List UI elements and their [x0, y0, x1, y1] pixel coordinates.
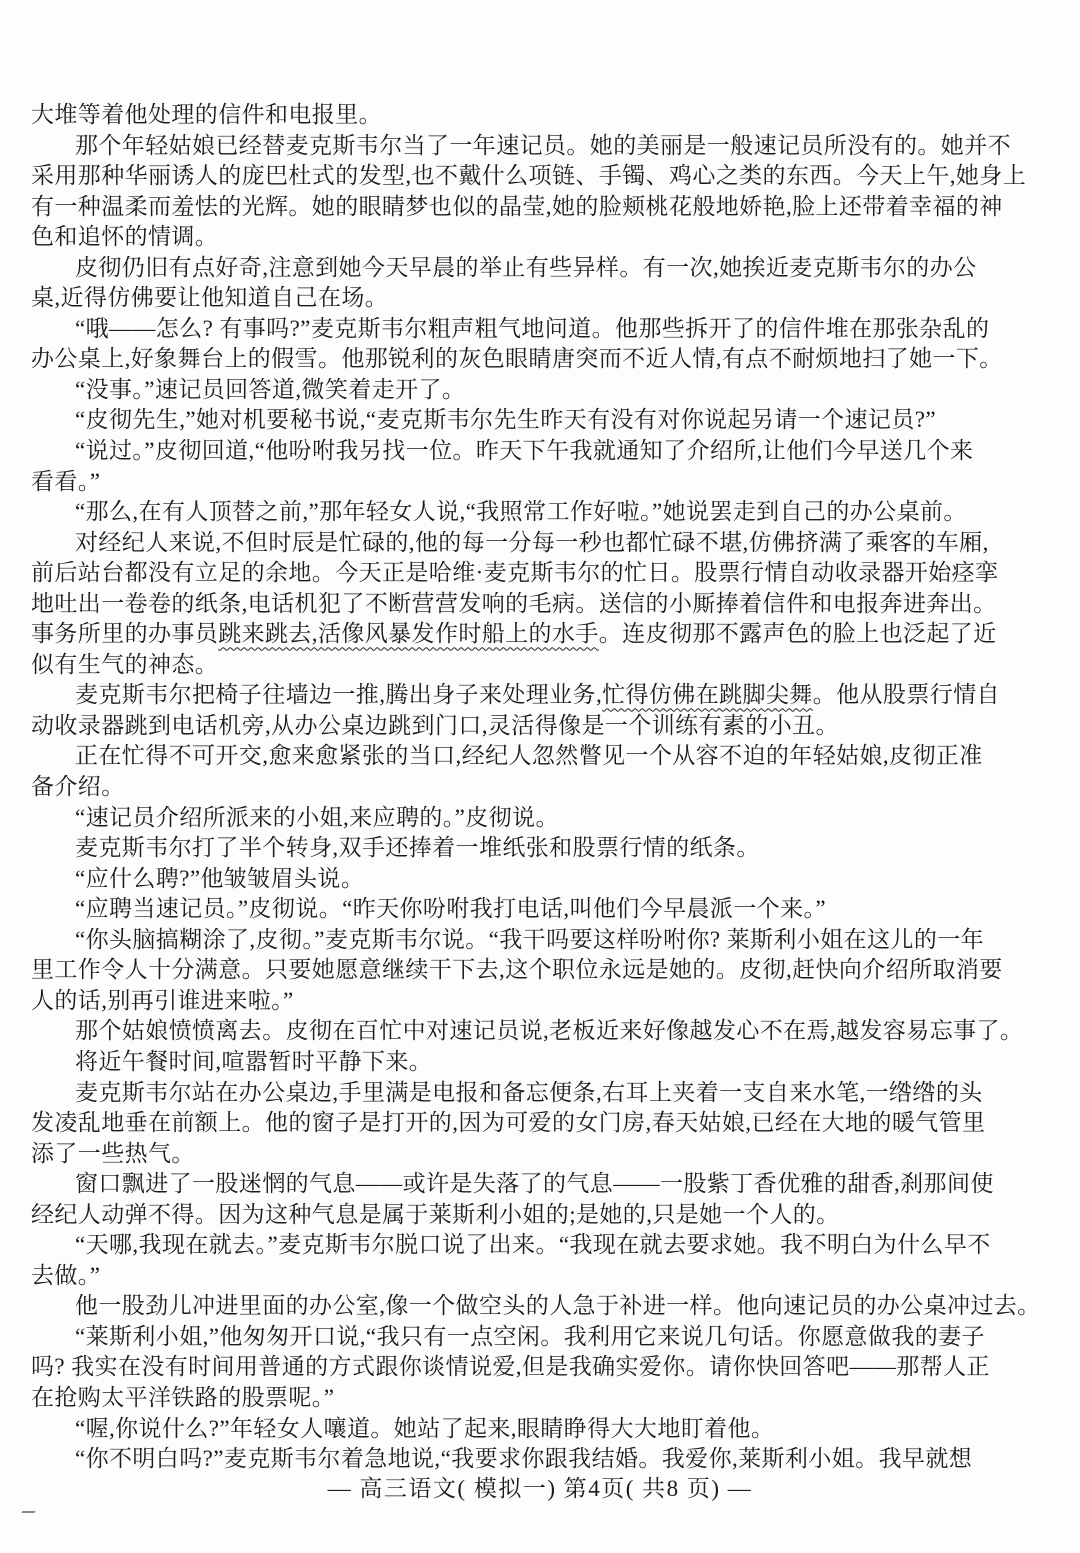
document-line: “喔,你说什么?”年轻女人嚷道。她站了起来,眼睛睁得大大地盯着他。: [31, 1414, 1051, 1445]
text-segment: 地吐出一卷卷的纸条,电话机犯了不断营营发响的毛病。送信的小厮捧着信件和电报奔进奔…: [31, 591, 997, 616]
document-line: 采用那种华丽诱人的庞巴杜式的发型,也不戴什么项链、手镯、鸡心之类的东西。今天上午…: [31, 161, 1051, 192]
document-line: 正在忙得不可开交,愈来愈紧张的当口,经纪人忽然瞥见一个从容不迫的年轻姑娘,皮彻正…: [31, 741, 1051, 772]
document-line: 办公桌上,好象舞台上的假雪。他那锐利的灰色眼睛唐突而不近人情,有点不耐烦地扫了她…: [31, 344, 1051, 375]
document-line: 事务所里的办事员跳来跳去,活像风暴发作时船上的水手。连皮彻那不露声色的脸上也泛起…: [31, 619, 1051, 650]
text-segment: “莱斯利小姐,”他匆匆开口说,“我只有一点空闲。我利用它来说几句话。你愿意做我的…: [75, 1324, 985, 1349]
text-segment: “说过。”皮彻回道,“他吩咐我另找一位。昨天下午我就通知了介绍所,让他们今早送几…: [75, 438, 973, 463]
text-segment: 对经纪人来说,不但时辰是忙碌的,他的每一分每一秒也都忙碌不堪,仿佛挤满了乘客的车…: [75, 530, 989, 555]
document-line: 他一股劲儿冲进里面的办公室,像一个做空头的人急于补进一样。他向速记员的办公桌冲过…: [31, 1291, 1051, 1322]
document-line: “你头脑搞糊涂了,皮彻。”麦克斯韦尔说。“我干吗要这样吩咐你? 莱斯利小姐在这儿…: [31, 925, 1051, 956]
text-segment: “没事。”速记员回答道,微笑着走开了。: [75, 377, 465, 402]
text-segment: 看看。”: [31, 469, 100, 494]
footer-text: — 高三语文( 模拟一) 第4页( 共8 页) —: [328, 1476, 753, 1501]
text-segment: “天哪,我现在就去。”麦克斯韦尔脱口说了出来。“我现在就去要求她。我不明白为什么…: [75, 1232, 991, 1257]
document-line: “皮彻先生,”她对机要秘书说,“麦克斯韦尔先生昨天有没有对你说起另请一个速记员?…: [31, 405, 1051, 436]
text-segment: “哦——怎么? 有事吗?”麦克斯韦尔粗声粗气地问道。他那些拆开了的信件堆在那张杂…: [75, 316, 989, 341]
text-segment: 在抢购太平洋铁路的股票呢。”: [31, 1385, 334, 1410]
text-segment: 他一股劲儿冲进里面的办公室,像一个做空头的人急于补进一样。他向速记员的办公桌冲过…: [75, 1293, 1041, 1318]
text-segment: “那么,在有人顶替之前,”那年轻女人说,“我照常工作好啦。”她说罢走到自己的办公…: [75, 499, 967, 524]
text-segment: “你不明白吗?”麦克斯韦尔着急地说,“我要求你跟我结婚。我爱你,莱斯利小姐。我早…: [75, 1446, 972, 1471]
document-line: “应什么聘?”他皱皱眉头说。: [31, 864, 1051, 895]
document-line: “速记员介绍所派来的小姐,来应聘的。”皮彻说。: [31, 803, 1051, 834]
text-segment: 那个年轻姑娘已经替麦克斯韦尔当了一年速记员。她的美丽是一般速记员所没有的。她并不: [75, 133, 1011, 158]
document-line: 麦克斯韦尔把椅子往墙边一推,腾出身子来处理业务,忙得仿佛在跳脚尖舞。他从股票行情…: [31, 680, 1051, 711]
document-line: “说过。”皮彻回道,“他吩咐我另找一位。昨天下午我就通知了介绍所,让他们今早送几…: [31, 436, 1051, 467]
text-segment: 备介绍。: [31, 774, 125, 799]
document-line: “哦——怎么? 有事吗?”麦克斯韦尔粗声粗气地问道。他那些拆开了的信件堆在那张杂…: [31, 314, 1051, 345]
text-segment: 正在忙得不可开交,愈来愈紧张的当口,经纪人忽然瞥见一个从容不迫的年轻姑娘,皮彻正…: [75, 743, 983, 768]
text-segment: 皮彻仍旧有点好奇,注意到她今天早晨的举止有些异样。有一次,她挨近麦克斯韦尔的办公: [75, 255, 977, 280]
text-segment: 发凌乱地垂在前额上。他的窗子是打开的,因为可爱的女门房,春天姑娘,已经在大地的暖…: [31, 1110, 985, 1135]
text-segment: 。连皮彻那不露声色的脸上也泛起了近: [599, 621, 997, 646]
document-line: 将近午餐时间,喧嚣暂时平静下来。: [31, 1047, 1051, 1078]
document-line: 似有生气的神态。: [31, 650, 1051, 681]
text-segment: 吗? 我实在没有时间用普通的方式跟你谈情说爱,但是我确实爱你。请你快回答吧——那…: [31, 1354, 990, 1379]
text-segment: 去做。”: [31, 1263, 100, 1288]
document-line: 对经纪人来说,不但时辰是忙碌的,他的每一分每一秒也都忙碌不堪,仿佛挤满了乘客的车…: [31, 528, 1051, 559]
text-segment: 事务所里的办事员: [31, 621, 218, 646]
text-segment: “应什么聘?”他皱皱眉头说。: [75, 866, 364, 891]
document-line: “天哪,我现在就去。”麦克斯韦尔脱口说了出来。“我现在就去要求她。我不明白为什么…: [31, 1230, 1051, 1261]
document-line: 备介绍。: [31, 772, 1051, 803]
document-line: 动收录器跳到电话机旁,从办公桌边跳到门口,灵活得像是一个训练有素的小丑。: [31, 711, 1051, 742]
text-segment: “皮彻先生,”她对机要秘书说,“麦克斯韦尔先生昨天有没有对你说起另请一个速记员?…: [75, 407, 936, 432]
document-line: 色和追怀的情调。: [31, 222, 1051, 253]
document-line: 里工作令人十分满意。只要她愿意继续干下去,这个职位永远是她的。皮彻,赶快向介绍所…: [31, 955, 1051, 986]
text-segment: 那个姑娘愤愤离去。皮彻在百忙中对速记员说,老板近来好像越发心不在焉,越发容易忘事…: [75, 1018, 1023, 1043]
document-line: 人的话,别再引谁进来啦。”: [31, 986, 1051, 1017]
document-line: 麦克斯韦尔打了半个转身,双手还捧着一堆纸张和股票行情的纸条。: [31, 833, 1051, 864]
document-line: “应聘当速记员。”皮彻说。“昨天你吩咐我打电话,叫他们今早晨派一个来。”: [31, 894, 1051, 925]
text-segment: 动收录器跳到电话机旁,从办公桌边跳到门口,灵活得像是一个训练有素的小丑。: [31, 713, 839, 738]
text-segment: 大堆等着他处理的信件和电报里。: [31, 102, 382, 127]
document-line: 那个姑娘愤愤离去。皮彻在百忙中对速记员说,老板近来好像越发心不在焉,越发容易忘事…: [31, 1016, 1051, 1047]
document-line: “没事。”速记员回答道,微笑着走开了。: [31, 375, 1051, 406]
document-line: 在抢购太平洋铁路的股票呢。”: [31, 1383, 1051, 1414]
document-line: 前后站台都没有立足的余地。今天正是哈维·麦克斯韦尔的忙日。股票行情自动收录器开始…: [31, 558, 1051, 589]
document-line: 经纪人动弹不得。因为这种气息是属于莱斯利小姐的;是她的,只是她一个人的。: [31, 1200, 1051, 1231]
text-segment: 将近午餐时间,喧嚣暂时平静下来。: [75, 1049, 432, 1074]
document-line: 那个年轻姑娘已经替麦克斯韦尔当了一年速记员。她的美丽是一般速记员所没有的。她并不: [31, 131, 1051, 162]
document-line: 麦克斯韦尔站在办公桌边,手里满是电报和备忘便条,右耳上夹着一支自来水笔,一绺绺的…: [31, 1078, 1051, 1109]
document-line: 皮彻仍旧有点好奇,注意到她今天早晨的举止有些异样。有一次,她挨近麦克斯韦尔的办公: [31, 253, 1051, 284]
document-line: 窗口飘进了一股迷惘的气息——或许是失落了的气息——一股紫丁香优雅的甜香,刹那间使: [31, 1169, 1051, 1200]
text-segment: 经纪人动弹不得。因为这种气息是属于莱斯利小姐的;是她的,只是她一个人的。: [31, 1202, 840, 1227]
document-line: “莱斯利小姐,”他匆匆开口说,“我只有一点空闲。我利用它来说几句话。你愿意做我的…: [31, 1322, 1051, 1353]
document-line: 大堆等着他处理的信件和电报里。: [31, 100, 1051, 131]
text-segment: 麦克斯韦尔把椅子往墙边一推,腾出身子来处理业务,: [75, 682, 602, 707]
document-line: 添了一些热气。: [31, 1139, 1051, 1170]
text-segment: 麦克斯韦尔站在办公桌边,手里满是电报和备忘便条,右耳上夹着一支自来水笔,一绺绺的…: [75, 1080, 983, 1105]
text-segment: “你头脑搞糊涂了,皮彻。”麦克斯韦尔说。“我干吗要这样吩咐你? 莱斯利小姐在这儿…: [75, 927, 984, 952]
text-segment: 麦克斯韦尔打了半个转身,双手还捧着一堆纸张和股票行情的纸条。: [75, 835, 760, 860]
text-segment: 桌,近得仿佛要让他知道自己在场。: [31, 285, 388, 310]
document-line: 去做。”: [31, 1261, 1051, 1292]
document-line: 发凌乱地垂在前额上。他的窗子是打开的,因为可爱的女门房,春天姑娘,已经在大地的暖…: [31, 1108, 1051, 1139]
document-line: 看看。”: [31, 467, 1051, 498]
document-line: “那么,在有人顶替之前,”那年轻女人说,“我照常工作好啦。”她说罢走到自己的办公…: [31, 497, 1051, 528]
text-segment: 。他从股票行情自: [813, 682, 1000, 707]
document-line: 吗? 我实在没有时间用普通的方式跟你谈情说爱,但是我确实爱你。请你快回答吧——那…: [31, 1352, 1051, 1383]
document-line: 有一种温柔而羞怯的光辉。她的眼睛梦也似的晶莹,她的脸颊桃花般地娇艳,脸上还带着幸…: [31, 192, 1051, 223]
text-segment: 办公桌上,好象舞台上的假雪。他那锐利的灰色眼睛唐突而不近人情,有点不耐烦地扫了她…: [31, 346, 1003, 371]
text-segment: 有一种温柔而羞怯的光辉。她的眼睛梦也似的晶莹,她的脸颊桃花般地娇艳,脸上还带着幸…: [31, 194, 1003, 219]
text-segment: “喔,你说什么?”年轻女人嚷道。她站了起来,眼睛睁得大大地盯着他。: [75, 1416, 774, 1441]
text-segment: “速记员介绍所派来的小姐,来应聘的。”皮彻说。: [75, 805, 559, 830]
text-segment: 里工作令人十分满意。只要她愿意继续干下去,这个职位永远是她的。皮彻,赶快向介绍所…: [31, 957, 1003, 982]
document-line: 桌,近得仿佛要让他知道自己在场。: [31, 283, 1051, 314]
document-body: 大堆等着他处理的信件和电报里。那个年轻姑娘已经替麦克斯韦尔当了一年速记员。她的美…: [31, 100, 1051, 1475]
text-segment: “应聘当速记员。”皮彻说。“昨天你吩咐我打电话,叫他们今早晨派一个来。”: [75, 896, 826, 921]
text-segment: 似有生气的神态。: [31, 652, 218, 677]
text-segment: 采用那种华丽诱人的庞巴杜式的发型,也不戴什么项链、手镯、鸡心之类的东西。今天上午…: [31, 163, 1026, 188]
scanned-exam-page: 大堆等着他处理的信件和电报里。那个年轻姑娘已经替麦克斯韦尔当了一年速记员。她的美…: [0, 0, 1080, 1553]
text-segment: 人的话,别再引谁进来啦。”: [31, 988, 294, 1013]
document-line: 地吐出一卷卷的纸条,电话机犯了不断营营发响的毛病。送信的小厮捧着信件和电报奔进奔…: [31, 589, 1051, 620]
text-segment: 窗口飘进了一股迷惘的气息——或许是失落了的气息——一股紫丁香优雅的甜香,刹那间使: [75, 1171, 994, 1196]
page-footer: — 高三语文( 模拟一) 第4页( 共8 页) —: [0, 1470, 1080, 1503]
text-segment: 添了一些热气。: [31, 1141, 195, 1166]
scan-artifact: [21, 1504, 39, 1513]
text-segment: 色和追怀的情调。: [31, 224, 218, 249]
wavy-underlined-text: 忙得仿佛在跳脚尖舞: [602, 682, 813, 707]
text-segment: 前后站台都没有立足的余地。今天正是哈维·麦克斯韦尔的忙日。股票行情自动收录器开始…: [31, 560, 998, 585]
wavy-underlined-text: 跳来跳去,活像风暴发作时船上的水手: [218, 621, 599, 646]
